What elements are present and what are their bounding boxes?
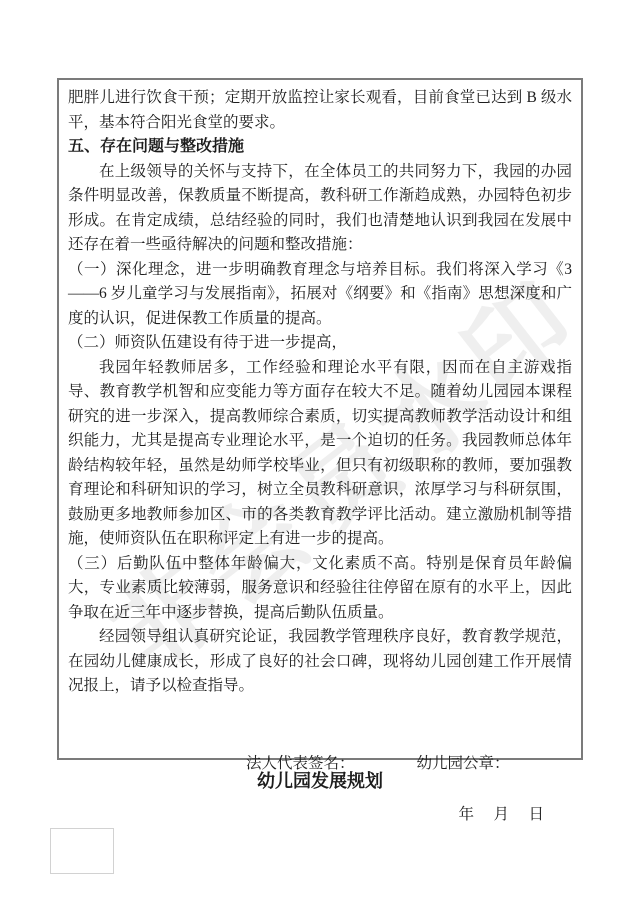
paragraph: （二）师资队伍建设有待于进一步提高， bbox=[68, 331, 572, 356]
paragraph: 在上级领导的关怀与支持下，在全体员工的共同努力下，我园的办园条件明显改善，保教质… bbox=[68, 160, 572, 258]
paragraph: 我园年轻教师居多，工作经验和理论水平有限，因而在自主游戏指导、教育教学机智和应变… bbox=[68, 356, 572, 552]
document-box: 肥胖儿进行饮食干预；定期开放监控让家长观看，目前食堂已达到 B 级水平，基本符合… bbox=[57, 78, 583, 760]
section-heading: 五、存在问题与整改措施 bbox=[68, 135, 572, 160]
paragraph: （一）深化理念，进一步明确教育理念与培养目标。我们将深入学习《3——6 岁儿童学… bbox=[68, 258, 572, 332]
next-table-fragment-box bbox=[50, 828, 114, 874]
next-section-title: 幼儿园发展规划 bbox=[0, 767, 640, 793]
paragraph-list: 肥胖儿进行饮食干预；定期开放监控让家长观看，目前食堂已达到 B 级水平，基本符合… bbox=[68, 86, 572, 699]
paragraph: 肥胖儿进行饮食干预；定期开放监控让家长观看，目前食堂已达到 B 级水平，基本符合… bbox=[68, 86, 572, 135]
paragraph: （三）后勤队伍中整体年龄偏大，文化素质不高。特别是保育员年龄偏大，专业素质比较薄… bbox=[68, 552, 572, 626]
date-line: 年 月 日 bbox=[68, 802, 572, 827]
paragraph: 经园领导组认真研究论证，我园教学管理秩序良好，教育教学规范，在园幼儿健康成长，形… bbox=[68, 625, 572, 699]
document-page: 非会员水印 肥胖儿进行饮食干预；定期开放监控让家长观看，目前食堂已达到 B 级水… bbox=[0, 0, 640, 906]
